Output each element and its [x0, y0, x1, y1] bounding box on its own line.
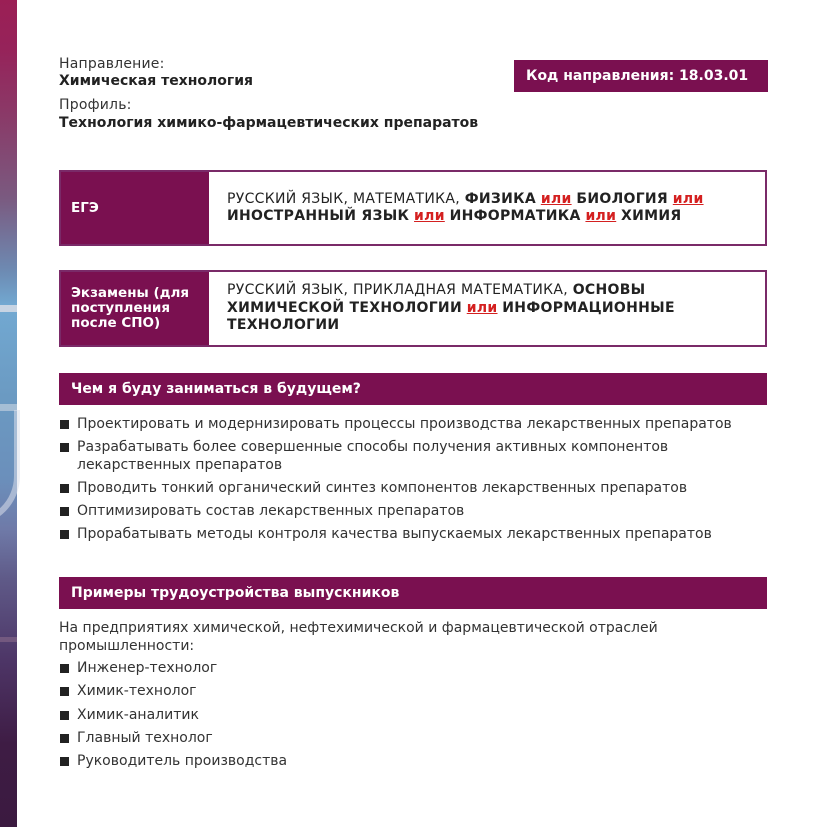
decorative-arc [0, 410, 20, 526]
or-connector: или [673, 191, 704, 207]
square-bullet-icon [60, 711, 69, 720]
subject-name: Биология [576, 191, 668, 207]
direction-code-badge: Код направления: 18.03.01 [514, 60, 768, 92]
or-connector: или [414, 208, 445, 224]
list-item-text: Прорабатывать методы контроля качества в… [77, 526, 712, 542]
list-item: Руководитель производства [59, 753, 759, 771]
square-bullet-icon [60, 530, 69, 539]
square-bullet-icon [60, 664, 69, 673]
subject-name: Химия [621, 208, 681, 224]
direction-value: Химическая технология [59, 73, 253, 89]
square-bullet-icon [60, 484, 69, 493]
or-connector: или [585, 208, 616, 224]
square-bullet-icon [60, 443, 69, 452]
subject-name: Информатика [450, 208, 581, 224]
jobs-intro: На предприятиях химической, нефтехимичес… [59, 620, 699, 655]
direction-label: Направление: [59, 56, 165, 72]
list-item-text: Химик-технолог [77, 683, 197, 699]
decorative-line [0, 637, 17, 642]
square-bullet-icon [60, 734, 69, 743]
spo-subjects: Русский язык, прикладная математика, Осн… [209, 272, 765, 345]
list-item: Проводить тонкий органический синтез ком… [59, 480, 759, 498]
ege-title: ЕГЭ [61, 172, 209, 244]
ege-subjects: Русский язык, математика, Физика или Био… [209, 172, 765, 244]
square-bullet-icon [60, 757, 69, 766]
list-item: Прорабатывать методы контроля качества в… [59, 526, 759, 544]
decorative-side-strip [0, 0, 17, 827]
or-connector: или [541, 191, 572, 207]
list-item-text: Инженер-технолог [77, 660, 217, 676]
list-item: Главный технолог [59, 730, 759, 748]
list-item: Инженер-технолог [59, 660, 759, 678]
list-item: Проектировать и модернизировать процессы… [59, 416, 759, 434]
subject-name: Иностранный язык [227, 208, 409, 224]
profile-value: Технология химико-фармацевтических препа… [59, 115, 478, 131]
list-item-text: Оптимизировать состав лекарственных преп… [77, 503, 464, 519]
future-section-header: Чем я буду заниматься в будущем? [59, 373, 767, 405]
or-connector: или [467, 300, 498, 316]
list-item-text: Разрабатывать более совершенные способы … [77, 439, 668, 473]
ege-exams-box: ЕГЭ Русский язык, математика, Физика или… [59, 170, 767, 246]
list-item: Разрабатывать более совершенные способы … [59, 439, 759, 474]
square-bullet-icon [60, 687, 69, 696]
jobs-section-header: Примеры трудоустройства выпускников [59, 577, 767, 609]
future-activities-list: Проектировать и модернизировать процессы… [59, 416, 759, 549]
spo-title: Экзамены (для поступления после СПО) [61, 272, 209, 345]
list-item-text: Проектировать и модернизировать процессы… [77, 416, 732, 432]
profile-label: Профиль: [59, 97, 132, 113]
square-bullet-icon [60, 420, 69, 429]
list-item: Оптимизировать состав лекарственных преп… [59, 503, 759, 521]
spo-exams-box: Экзамены (для поступления после СПО) Рус… [59, 270, 767, 347]
list-item: Химик-аналитик [59, 707, 759, 725]
list-item-text: Химик-аналитик [77, 707, 199, 723]
square-bullet-icon [60, 507, 69, 516]
subject-text: Русский язык, математика, [227, 191, 465, 207]
subject-text: Русский язык, прикладная математика, [227, 282, 573, 298]
list-item-text: Проводить тонкий органический синтез ком… [77, 480, 687, 496]
jobs-list: Инженер-технологХимик-технологХимик-анал… [59, 660, 759, 776]
list-item: Химик-технолог [59, 683, 759, 701]
decorative-line [0, 305, 17, 312]
list-item-text: Руководитель производства [77, 753, 287, 769]
list-item-text: Главный технолог [77, 730, 213, 746]
subject-name: Физика [465, 191, 536, 207]
